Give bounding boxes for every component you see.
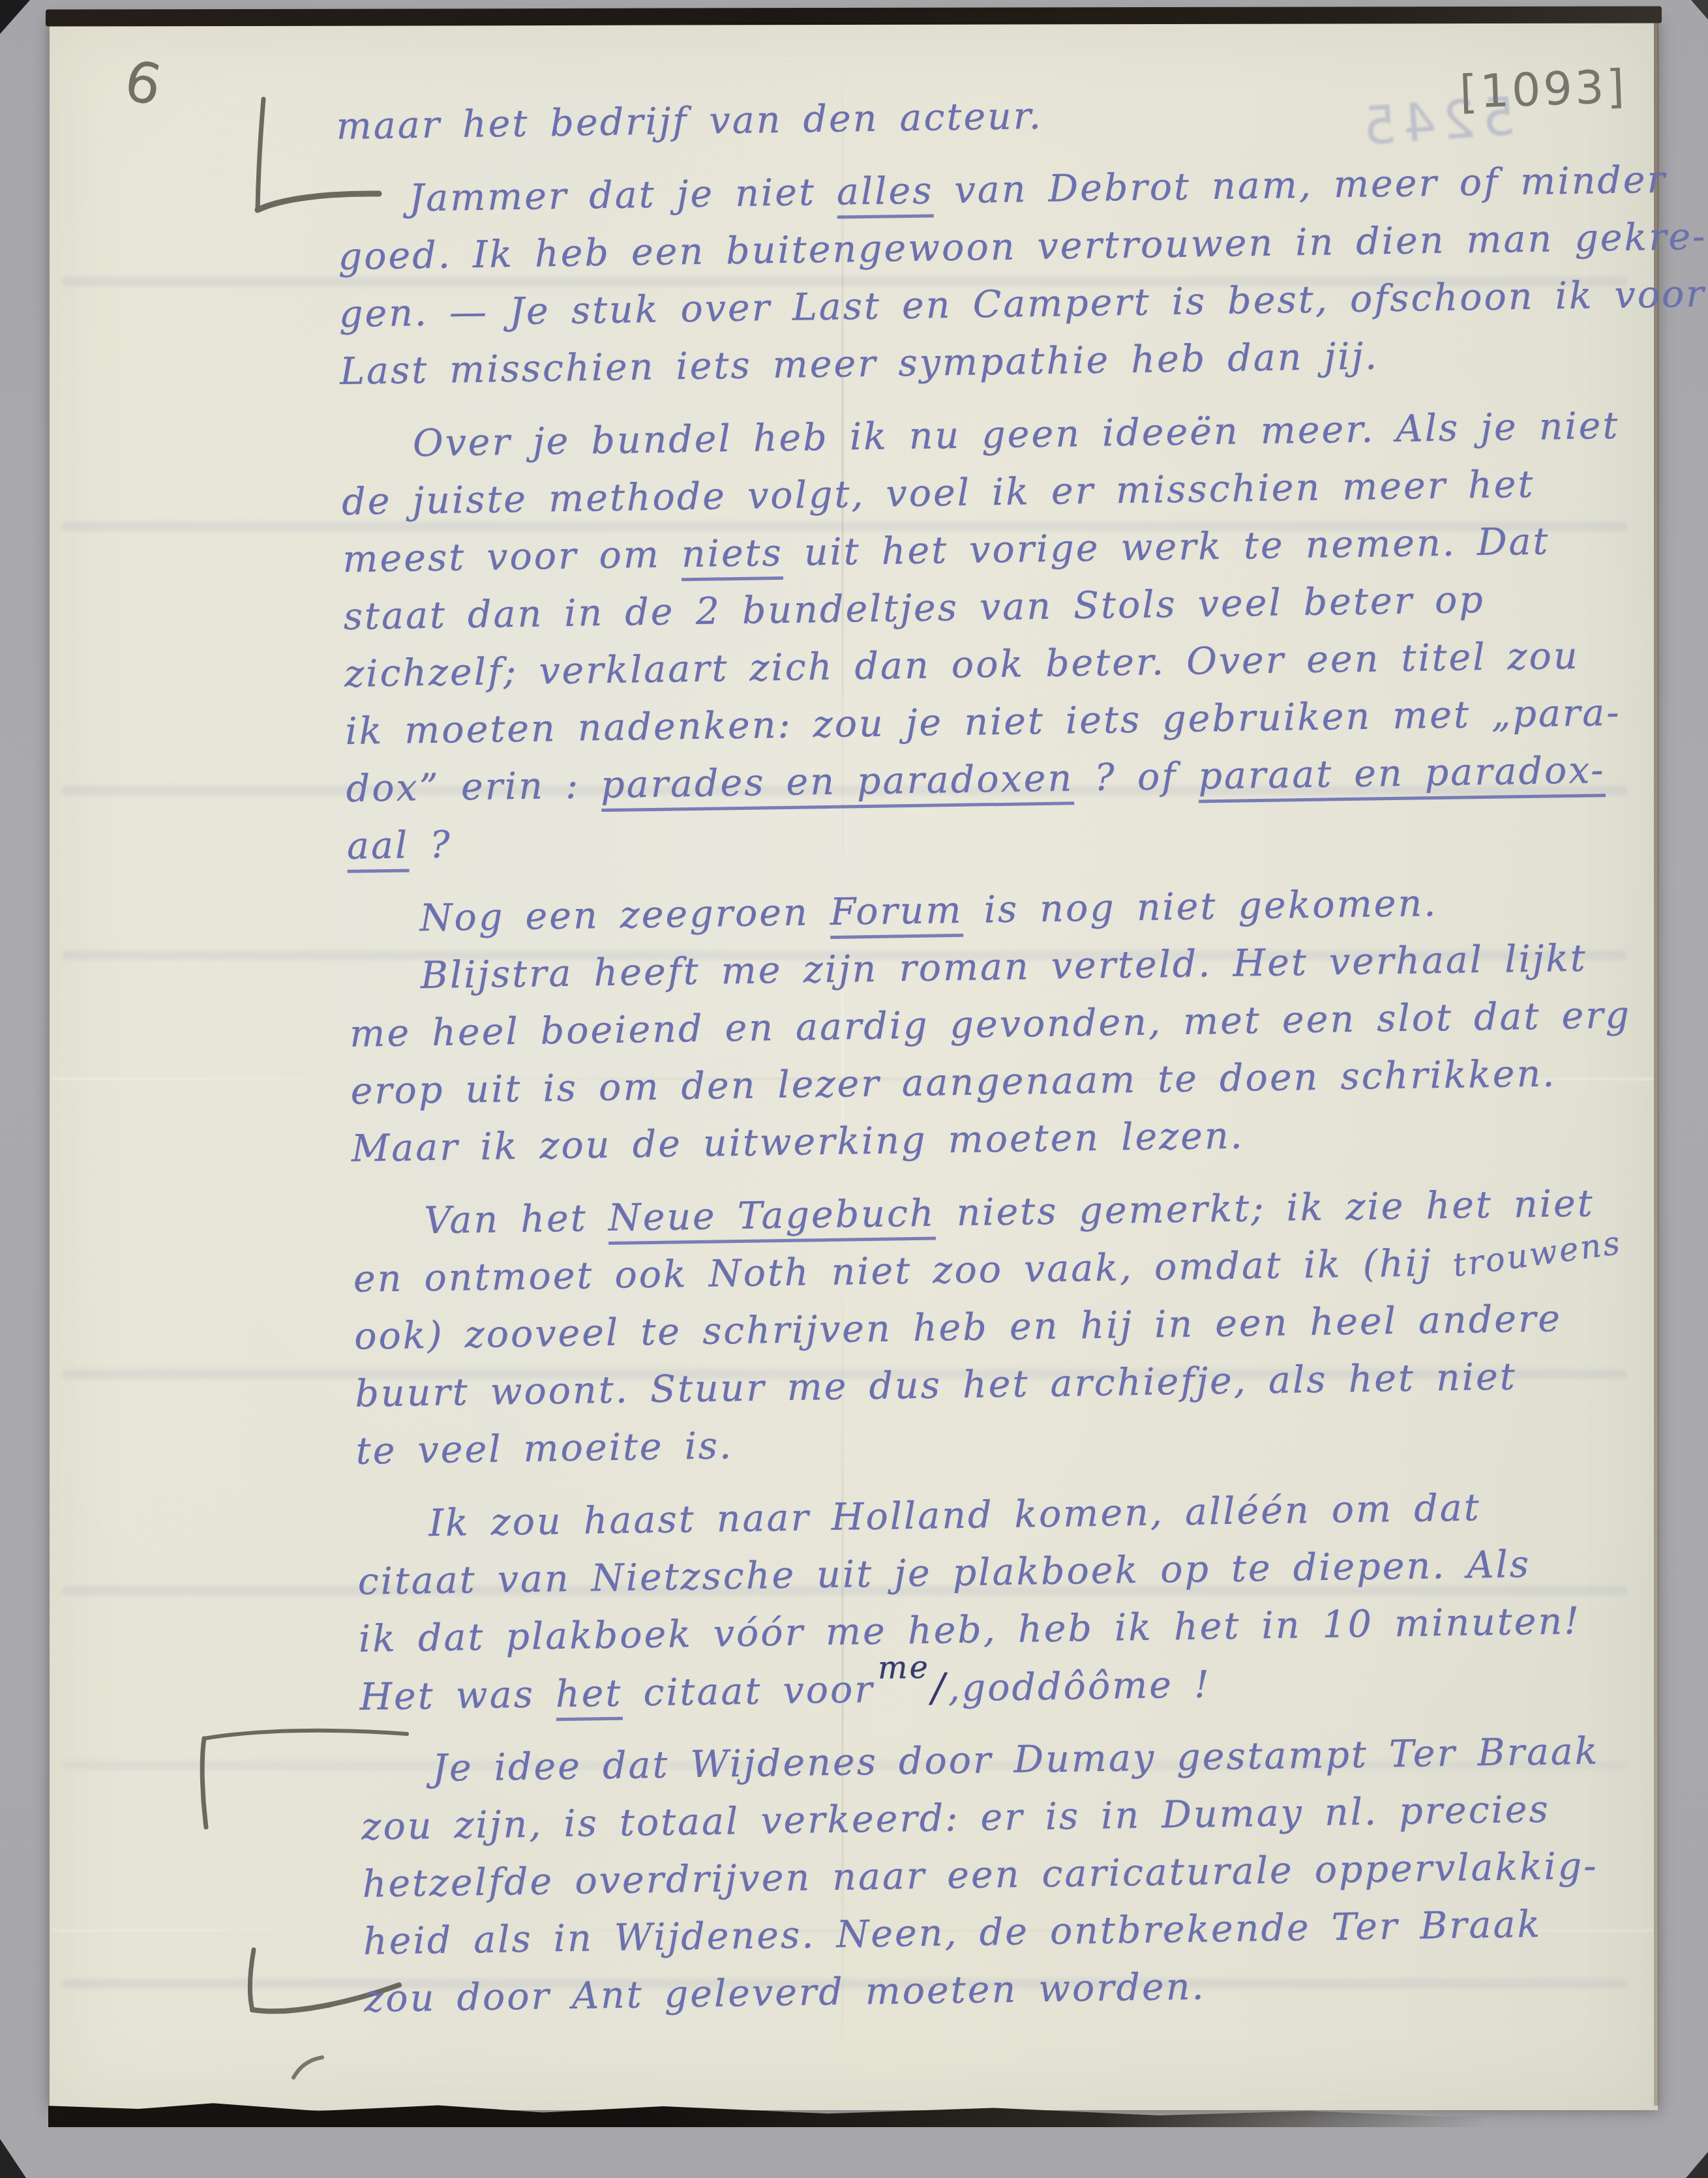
- text-segment: meest voor om: [342, 533, 682, 581]
- text-segment: van Debrot nam, meer of minder: [933, 158, 1667, 213]
- text-segment: en ontmoet ook Noth niet zoo vaak, omdat…: [353, 1242, 1454, 1301]
- underlined-text: niets: [681, 531, 783, 581]
- underlined-text: parades en paradoxen: [601, 756, 1074, 812]
- underlined-text: paraat en paradox-: [1198, 749, 1606, 803]
- text-segment: citaat van Nietzsche uit je plakboek op …: [357, 1543, 1531, 1604]
- underlined-text: alles: [836, 169, 934, 218]
- text-segment: Blijstra heeft me zijn roman verteld. He…: [420, 937, 1587, 998]
- text-segment: ook) zooveel te schrijven heb en hij in …: [354, 1297, 1563, 1358]
- text-segment: Ik zou haast naar Holland komen, alléén …: [428, 1486, 1481, 1545]
- text-segment: erop uit is om den lezer aangenaam te do…: [350, 1052, 1557, 1112]
- text-segment: zou zijn, is totaal verkeerd: er is in D…: [361, 1788, 1550, 1849]
- text-segment: dox” erin :: [346, 764, 601, 811]
- text-segment: uit het vorige werk te nemen. Dat: [783, 520, 1550, 574]
- text-segment: staat dan in de 2 bundeltjes van Stols v…: [343, 578, 1485, 638]
- text-segment: Jammer dat je niet: [409, 171, 837, 220]
- text-segment: te veel moeite is.: [355, 1424, 733, 1473]
- text-segment: me: [877, 1639, 930, 1697]
- text-segment: Je idee dat Wijdenes door Dumay gestampt…: [432, 1730, 1600, 1791]
- text-segment: ,goddôôme !: [948, 1663, 1211, 1710]
- text-segment: Van het: [424, 1197, 608, 1242]
- text-segment: Maar ik zou de uitwerking moeten lezen.: [351, 1114, 1244, 1171]
- text-segment: Nog een zeegroen: [419, 891, 830, 940]
- text-segment: hetzelfde overdrijven naar een caricatur…: [362, 1845, 1598, 1906]
- text-segment: is nog niet gekomen.: [963, 882, 1438, 932]
- text-segment: de juiste methode volgt, voel ik er miss…: [342, 463, 1535, 524]
- text-segment: citaat voor: [622, 1668, 875, 1715]
- scan-corner-bottom-right: [1686, 2152, 1708, 2178]
- text-segment: zichzelf; verklaart zich dan ook beter. …: [344, 634, 1580, 696]
- text-segment: Over je bundel heb ik nu geen ideeën mee…: [412, 404, 1619, 465]
- underlined-text: Neue Tagebuch: [608, 1192, 936, 1245]
- text-segment: ?: [409, 823, 453, 867]
- text-segment: niets gemerkt; ik zie het niet: [935, 1182, 1595, 1235]
- scan-corner-top-right: [1691, 0, 1708, 20]
- text-segment: ik dat plakboek vóór me heb, heb ik het …: [359, 1600, 1581, 1661]
- text-segment: ∕: [931, 1665, 947, 1710]
- text-segment: Het was: [359, 1673, 556, 1718]
- text-segment: ? of: [1073, 754, 1199, 799]
- scan-corner-top-left: [0, 0, 30, 34]
- underlined-text: Forum: [830, 889, 963, 939]
- text-segment: buurt woont. Stuur me dus het archiefje,…: [355, 1355, 1517, 1415]
- letter-body: maar het bedrijf van den acteur.Jammer d…: [336, 78, 1675, 2027]
- text-segment: Last misschien iets meer sympathie heb d…: [340, 335, 1379, 393]
- underlined-text: aal: [347, 824, 410, 873]
- text-segment: maar het bedrijf van den acteur.: [336, 95, 1043, 148]
- scan-corner-bottom-left: [0, 2139, 26, 2178]
- paper-top-edge: [46, 6, 1662, 26]
- underlined-text: het: [555, 1672, 622, 1722]
- text-segment: heid als in Wijdenes. Neen, de ontbreken…: [363, 1903, 1542, 1963]
- scanned-letter-page: { "document": { "type": "handwritten let…: [0, 0, 1708, 2178]
- text-segment: zou door Ant geleverd moeten worden.: [364, 1965, 1206, 2021]
